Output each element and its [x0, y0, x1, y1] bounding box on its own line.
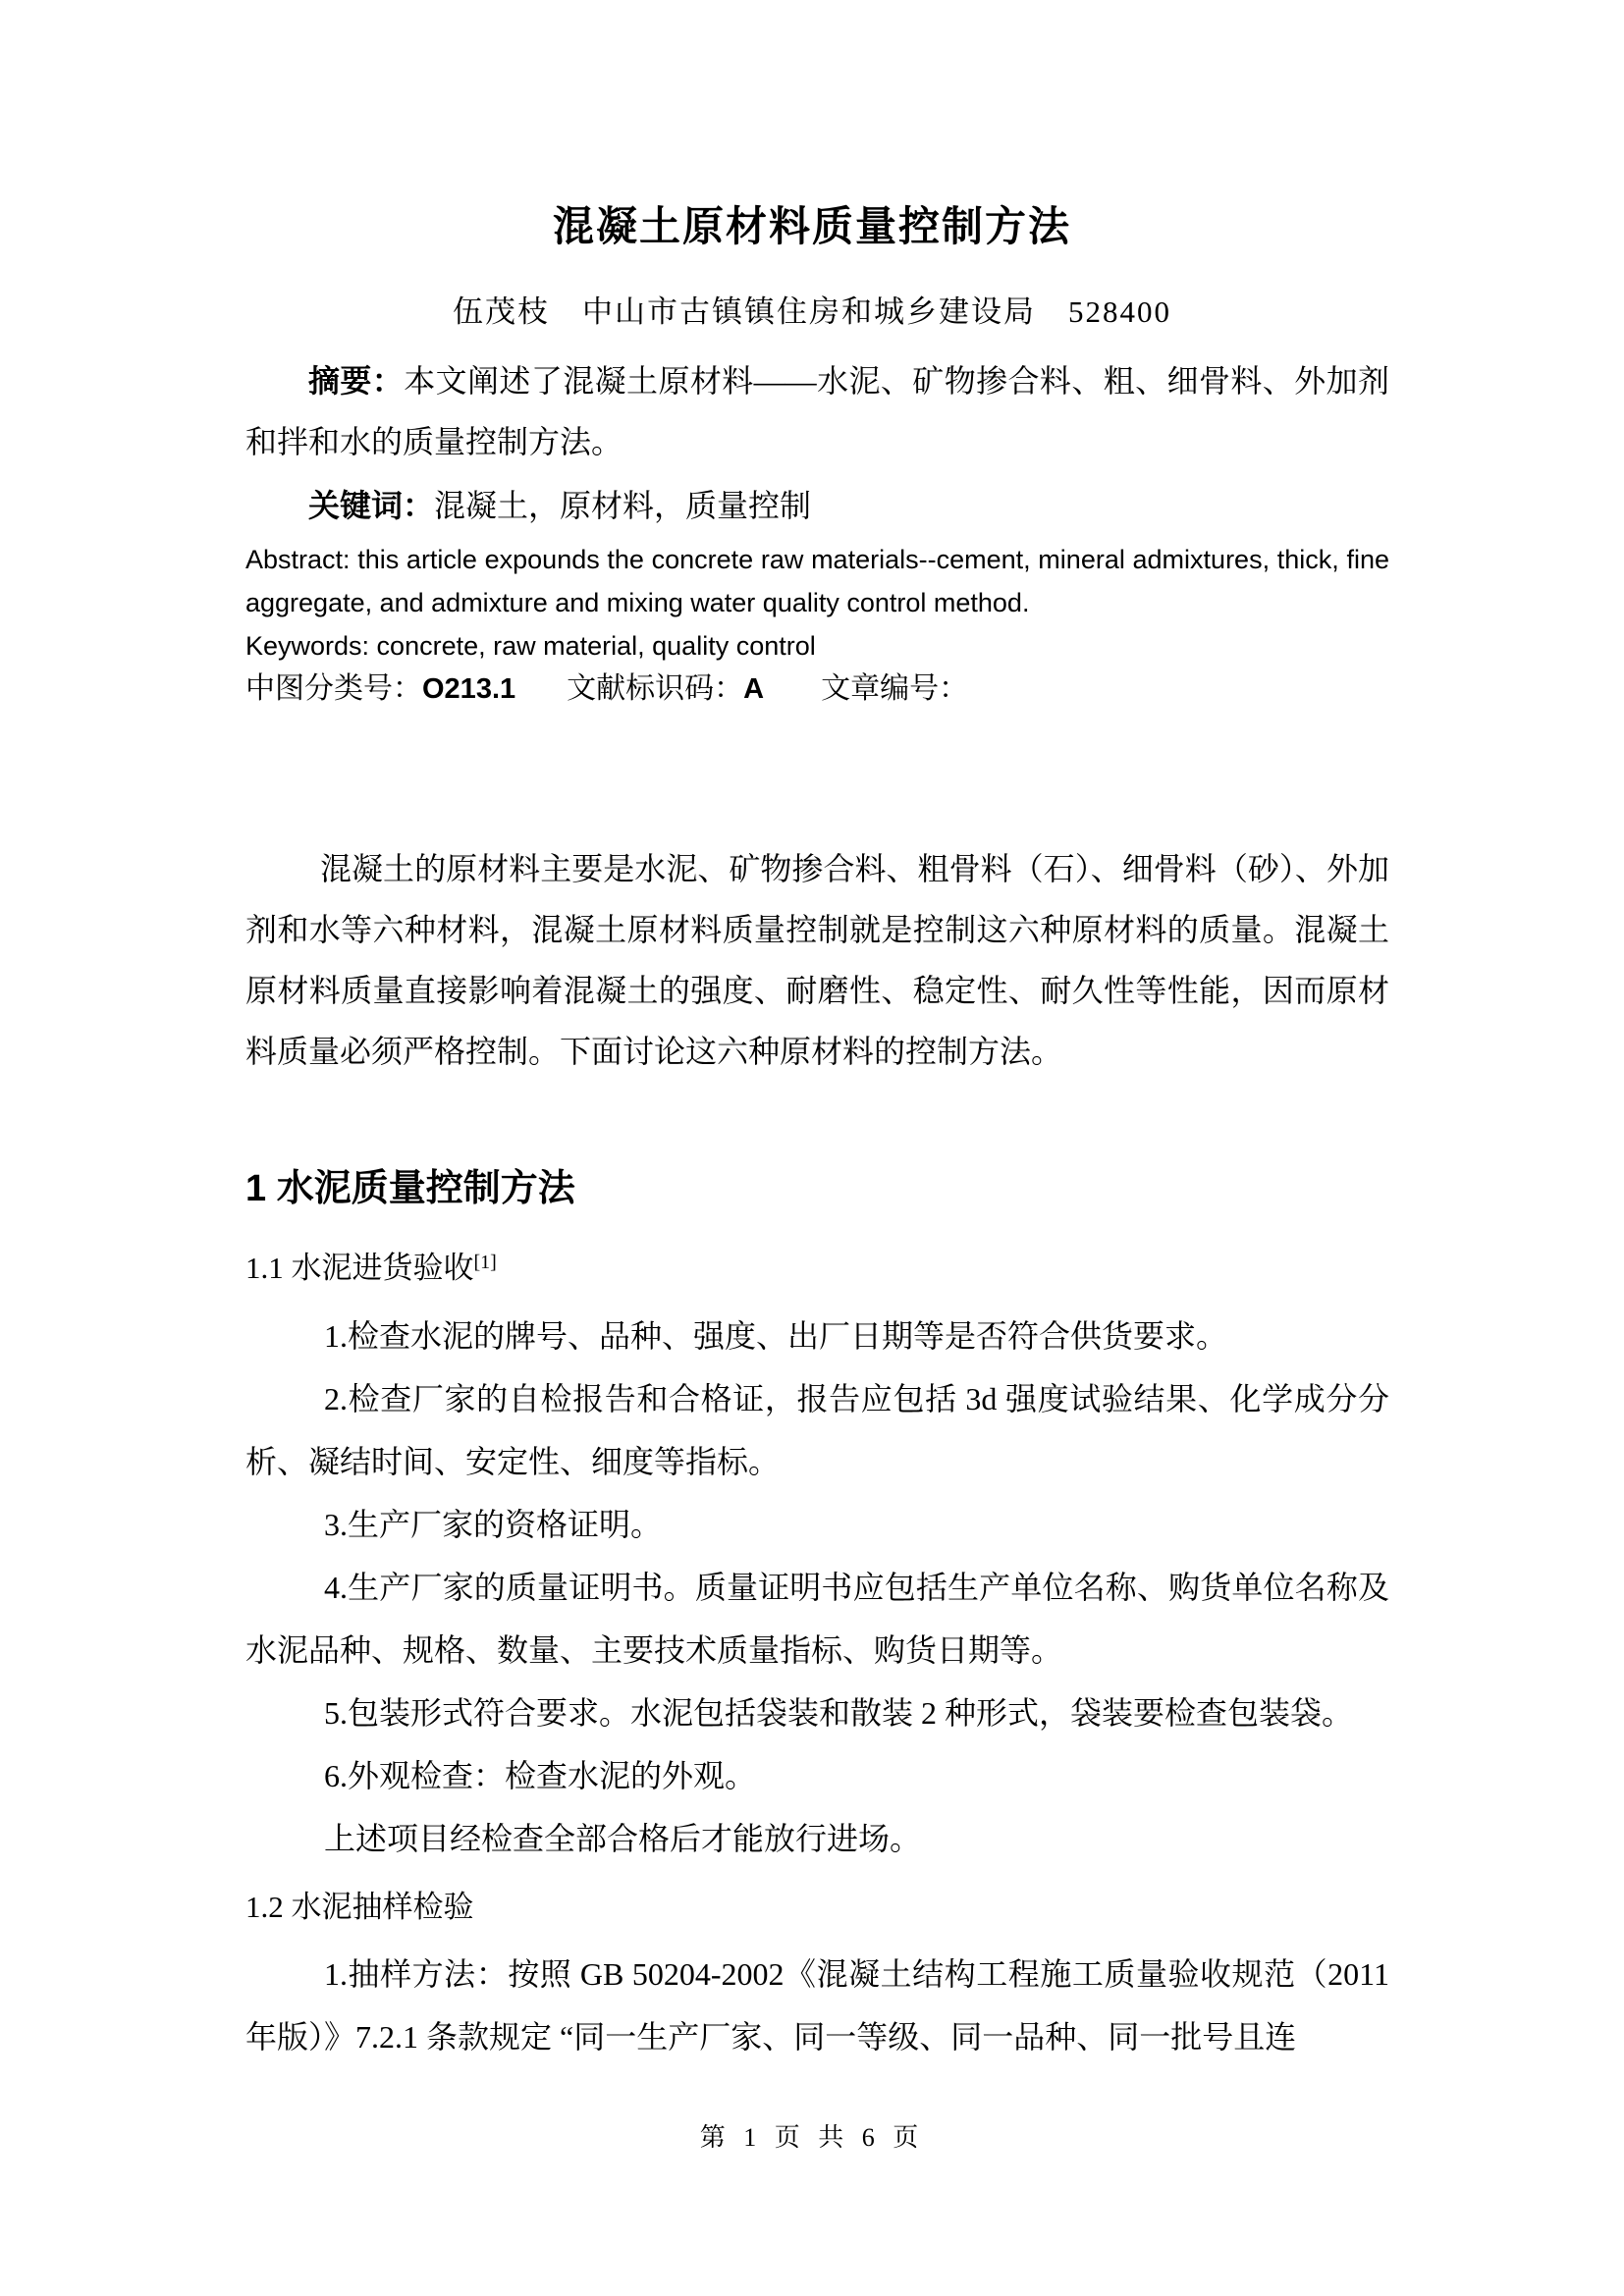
sampling-method-paragraph: 1.抽样方法：按照 GB 50204-2002《混凝土结构工程施工质量验收规范（…	[245, 1943, 1389, 2068]
author-affiliation-line: 伍茂枝 中山市古镇镇住房和城乡建设局 528400	[0, 291, 1624, 334]
abstract-text: 本文阐述了混凝土原材料——水泥、矿物掺合料、粗、细骨料、外加剂和拌和水的质量控制…	[245, 363, 1389, 459]
english-meta-block: Abstract: this article expounds the conc…	[245, 538, 1389, 711]
page-footer: 第 1 页 共 6 页	[0, 2120, 1624, 2156]
clc-value: O213.1	[422, 673, 515, 705]
english-abstract: Abstract: this article expounds the conc…	[245, 538, 1389, 624]
section-1-2-body: 1.抽样方法：按照 GB 50204-2002《混凝土结构工程施工质量验收规范（…	[245, 1943, 1389, 2068]
list-item: 2.检查厂家的自检报告和合格证，报告应包括 3d 强度试验结果、化学成分分析、凝…	[245, 1367, 1389, 1493]
list-item: 3.生产厂家的资格证明。	[245, 1493, 1389, 1556]
list-item: 4.生产厂家的质量证明书。质量证明书应包括生产单位名称、购货单位名称及水泥品种、…	[245, 1556, 1389, 1682]
section-1-1-heading: 1.1 水泥进货验收[1]	[245, 1241, 1389, 1290]
english-keywords: Keywords: concrete, raw material, qualit…	[245, 624, 1389, 667]
keywords-paragraph: 关键词：混凝土，原材料，质量控制	[245, 475, 1389, 536]
document-page: 混凝土原材料质量控制方法 伍茂枝 中山市古镇镇住房和城乡建设局 528400 摘…	[0, 0, 1624, 2296]
abstract-paragraph: 摘要：本文阐述了混凝土原材料——水泥、矿物掺合料、粗、细骨料、外加剂和拌和水的质…	[245, 350, 1389, 472]
abstract-label: 摘要：	[308, 363, 404, 399]
keywords-label: 关键词：	[308, 488, 434, 523]
page-number-text: 第 1 页 共 6 页	[700, 2123, 925, 2152]
list-item: 5.包装形式符合要求。水泥包括袋装和散装 2 种形式，袋装要检查包装袋。	[245, 1682, 1389, 1744]
article-no-label: 文章编号：	[821, 672, 968, 705]
keywords-text: 混凝土，原材料，质量控制	[434, 488, 811, 523]
section-1-1-items: 1.检查水泥的牌号、品种、强度、出厂日期等是否符合供货要求。 2.检查厂家的自检…	[245, 1305, 1389, 1870]
doc-code-value: A	[743, 673, 764, 705]
list-item: 6.外观检查：检查水泥的外观。	[245, 1744, 1389, 1807]
footnote-reference-marker: [1]	[474, 1252, 497, 1273]
classification-line: 中图分类号：O213.1文献标识码：A文章编号：	[245, 667, 1389, 711]
intro-paragraph: 混凝土的原材料主要是水泥、矿物掺合料、粗骨料（石）、细骨料（砂）、外加剂和水等六…	[245, 838, 1389, 1082]
document-title: 混凝土原材料质量控制方法	[0, 201, 1624, 252]
doc-code-label: 文献标识码：	[567, 672, 743, 705]
closing-statement: 上述项目经检查全部合格后才能放行进场。	[245, 1807, 1389, 1870]
section-1-1-title: 1.1 水泥进货验收	[245, 1251, 474, 1285]
intro-section: 混凝土的原材料主要是水泥、矿物掺合料、粗骨料（石）、细骨料（砂）、外加剂和水等六…	[245, 838, 1389, 1082]
section-1-2-heading: 1.2 水泥抽样检验	[245, 1886, 1389, 1929]
list-item: 1.检查水泥的牌号、品种、强度、出厂日期等是否符合供货要求。	[245, 1305, 1389, 1367]
section-1-heading: 1 水泥质量控制方法	[245, 1163, 1389, 1214]
clc-label: 中图分类号：	[245, 672, 422, 705]
